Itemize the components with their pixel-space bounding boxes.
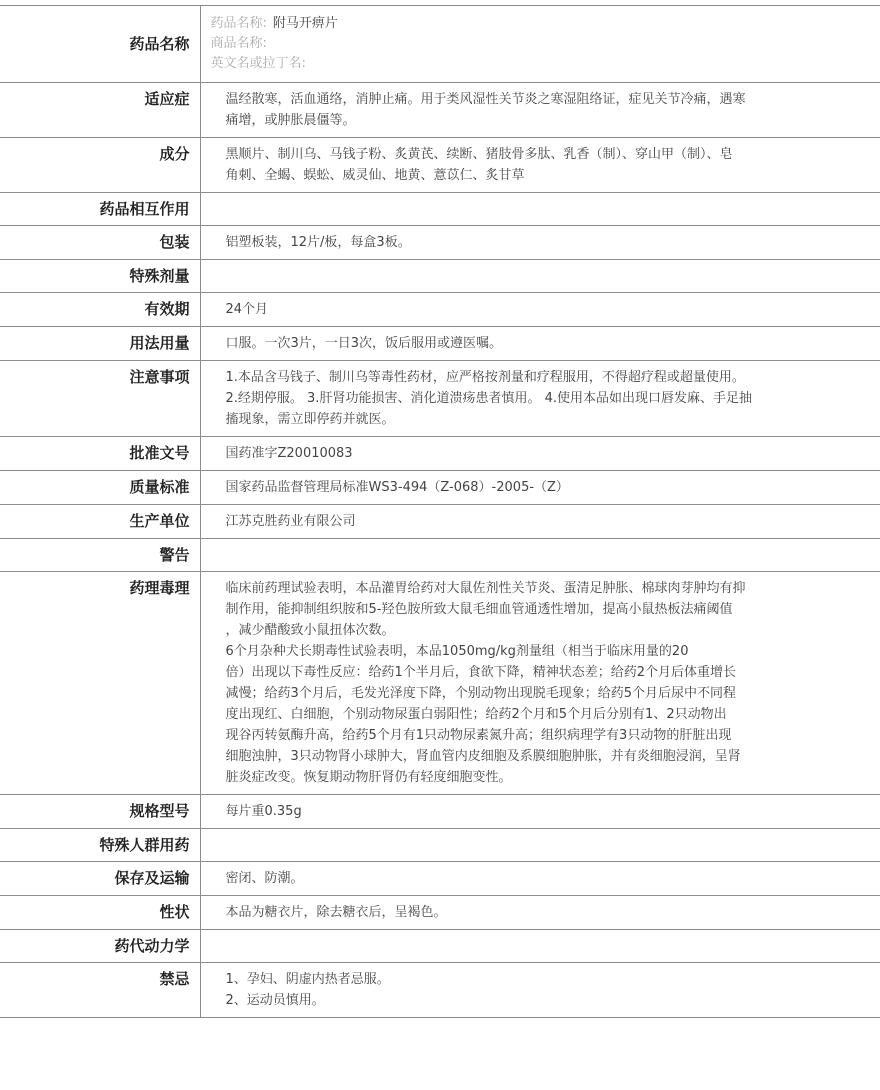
value-line: 搐现象，需立即停药并就医。	[226, 409, 791, 430]
row-special-populations: 特殊人群用药	[0, 829, 880, 862]
row-drug-interactions: 药品相互作用	[0, 193, 880, 226]
row-label-cell: 规格型号	[0, 795, 200, 829]
row-label-cell: 特殊人群用药	[0, 829, 200, 862]
row-value-cell: 1.本品含马钱子、制川乌等毒性药材，应严格按剂量和疗程服用，不得超疗程或超量使用…	[200, 361, 880, 437]
row-dosage-usage: 用法用量口服。一次3片，一日3次，饭后服用或遵医嘱。	[0, 327, 880, 361]
row-label: 警告	[0, 539, 190, 564]
value-line: ，减少醋酸致小鼠扭体次数。	[226, 620, 791, 641]
row-label: 有效期	[0, 293, 190, 318]
row-ingredients: 成分黑顺片、制川乌、马钱子粉、炙黄芪、续断、猪肢骨多肽、乳香（制）、穿山甲（制）…	[0, 138, 880, 193]
row-value-cell: 24个月	[200, 293, 880, 327]
row-value-cell: 本品为糖衣片，除去糖衣后，呈褐色。	[200, 896, 880, 930]
row-value-cell	[200, 930, 880, 963]
row-drug-name: 药品名称药品名称:附马开痹片商品名称:英文名或拉丁名:	[0, 6, 880, 83]
row-label: 禁忌	[0, 963, 190, 988]
row-specification: 规格型号每片重0.35g	[0, 795, 880, 829]
row-storage-transport: 保存及运输密闭、防潮。	[0, 862, 880, 896]
row-value-cell: 国家药品监督管理局标准WS3-494（Z-068）-2005-（Z）	[200, 471, 880, 505]
value-line: 临床前药理试验表明，本品灌胃给药对大鼠佐剂性关节炎、蛋清足肿胀、棉球肉芽肿均有抑	[226, 578, 791, 599]
row-packaging: 包装铝塑板装，12片/板，每盒3板。	[0, 226, 880, 260]
row-label: 药品相互作用	[0, 193, 190, 218]
row-label: 药品名称	[0, 6, 190, 53]
row-value-cell	[200, 260, 880, 293]
spec-table-body: 药品名称药品名称:附马开痹片商品名称:英文名或拉丁名:适应症温经散寒，活血通络，…	[0, 6, 880, 1018]
row-label-cell: 药理毒理	[0, 572, 200, 795]
empty-value	[226, 936, 791, 956]
row-label: 成分	[0, 138, 190, 163]
row-value-cell: 温经散寒，活血通络，消肿止痛。用于类风湿性关节炎之寒湿阻络证，症见关节冷痛，遇寒…	[200, 83, 880, 138]
row-label: 批准文号	[0, 437, 190, 462]
row-manufacturer: 生产单位江苏克胜药业有限公司	[0, 505, 880, 539]
row-value-cell	[200, 193, 880, 226]
row-label-cell: 生产单位	[0, 505, 200, 539]
row-label: 特殊人群用药	[0, 829, 190, 854]
value-line: 每片重0.35g	[226, 801, 791, 822]
row-label-cell: 注意事项	[0, 361, 200, 437]
value-line: 现谷丙转氨酶升高，给药5个月有1只动物尿素氮升高；组织病理学有3只动物的肝脏出现	[226, 725, 791, 746]
value-line: 痛增，或肿胀晨僵等。	[226, 110, 791, 131]
row-label-cell: 警告	[0, 539, 200, 572]
row-pharmacology-toxicology: 药理毒理临床前药理试验表明，本品灌胃给药对大鼠佐剂性关节炎、蛋清足肿胀、棉球肉芽…	[0, 572, 880, 795]
row-approval-number: 批准文号国药准字Z20010083	[0, 437, 880, 471]
row-value-cell: 1、孕妇、阴虚内热者忌服。2、运动员慎用。	[200, 963, 880, 1018]
row-value-cell	[200, 829, 880, 862]
value-line: 倍）出现以下毒性反应：给药1个半月后，食欲下降，精神状态差；给药2个月后体重增长	[226, 662, 791, 683]
value-line: 脏炎症改变。恢复期动物肝肾仍有轻度细胞变性。	[226, 767, 791, 788]
name-field-key: 英文名或拉丁名:	[211, 56, 306, 71]
row-shelf-life: 有效期24个月	[0, 293, 880, 327]
value-line: 铝塑板装，12片/板，每盒3板。	[226, 232, 791, 253]
row-label-cell: 批准文号	[0, 437, 200, 471]
row-label: 注意事项	[0, 361, 190, 386]
name-field-key: 商品名称:	[211, 36, 267, 51]
row-contraindications: 禁忌1、孕妇、阴虚内热者忌服。2、运动员慎用。	[0, 963, 880, 1018]
row-value-cell: 密闭、防潮。	[200, 862, 880, 896]
value-line: 国家药品监督管理局标准WS3-494（Z-068）-2005-（Z）	[226, 477, 791, 498]
row-label-cell: 性状	[0, 896, 200, 930]
row-value-cell: 口服。一次3片，一日3次，饭后服用或遵医嘱。	[200, 327, 880, 361]
row-label-cell: 成分	[0, 138, 200, 193]
row-precautions: 注意事项1.本品含马钱子、制川乌等毒性药材，应严格按剂量和疗程服用，不得超疗程或…	[0, 361, 880, 437]
row-label-cell: 适应症	[0, 83, 200, 138]
row-label: 规格型号	[0, 795, 190, 820]
name-field-value: 附马开痹片	[273, 16, 338, 31]
value-line: 2.经期停服。 3.肝肾功能损害、消化道溃疡患者慎用。 4.使用本品如出现口唇发…	[226, 388, 791, 409]
name-field: 药品名称:附马开痹片	[211, 14, 871, 34]
row-label-cell: 药代动力学	[0, 930, 200, 963]
name-field-key: 药品名称:	[211, 16, 267, 31]
value-line: 1.本品含马钱子、制川乌等毒性药材，应严格按剂量和疗程服用，不得超疗程或超量使用…	[226, 367, 791, 388]
row-label: 特殊剂量	[0, 260, 190, 285]
drug-spec-table: 药品名称药品名称:附马开痹片商品名称:英文名或拉丁名:适应症温经散寒，活血通络，…	[0, 5, 880, 1018]
value-line: 密闭、防潮。	[226, 868, 791, 889]
row-label-cell: 有效期	[0, 293, 200, 327]
value-line: 6个月杂种犬长期毒性试验表明，本品1050mg/kg剂量组（相当于临床用量的20	[226, 641, 791, 662]
value-line: 24个月	[226, 299, 791, 320]
row-label: 性状	[0, 896, 190, 921]
row-special-dosage: 特殊剂量	[0, 260, 880, 293]
row-value-cell: 国药准字Z20010083	[200, 437, 880, 471]
empty-value	[226, 199, 791, 219]
row-value-cell: 铝塑板装，12片/板，每盒3板。	[200, 226, 880, 260]
row-label: 药理毒理	[0, 572, 190, 597]
row-label-cell: 特殊剂量	[0, 260, 200, 293]
row-label: 适应症	[0, 83, 190, 108]
row-value-cell: 临床前药理试验表明，本品灌胃给药对大鼠佐剂性关节炎、蛋清足肿胀、棉球肉芽肿均有抑…	[200, 572, 880, 795]
row-label-cell: 质量标准	[0, 471, 200, 505]
value-line: 1、孕妇、阴虚内热者忌服。	[226, 969, 791, 990]
row-warning: 警告	[0, 539, 880, 572]
name-field: 英文名或拉丁名:	[211, 54, 871, 74]
row-value-cell	[200, 539, 880, 572]
row-value-cell: 江苏克胜药业有限公司	[200, 505, 880, 539]
row-value-cell: 药品名称:附马开痹片商品名称:英文名或拉丁名:	[200, 6, 880, 83]
value-line: 国药准字Z20010083	[226, 443, 791, 464]
row-label: 质量标准	[0, 471, 190, 496]
row-appearance: 性状本品为糖衣片，除去糖衣后，呈褐色。	[0, 896, 880, 930]
name-field: 商品名称:	[211, 34, 871, 54]
row-indications: 适应症温经散寒，活血通络，消肿止痛。用于类风湿性关节炎之寒湿阻络证，症见关节冷痛…	[0, 83, 880, 138]
value-line: 角刺、全蝎、蜈蚣、威灵仙、地黄、薏苡仁、炙甘草	[226, 165, 791, 186]
row-label-cell: 保存及运输	[0, 862, 200, 896]
value-line: 2、运动员慎用。	[226, 990, 791, 1011]
row-label: 保存及运输	[0, 862, 190, 887]
row-label: 生产单位	[0, 505, 190, 530]
value-line: 减慢；给药3个月后，毛发光泽度下降，个别动物出现脱毛现象；给药5个月后尿中不同程	[226, 683, 791, 704]
row-label-cell: 用法用量	[0, 327, 200, 361]
value-line: 黑顺片、制川乌、马钱子粉、炙黄芪、续断、猪肢骨多肽、乳香（制）、穿山甲（制）、皂	[226, 144, 791, 165]
row-label-cell: 药品名称	[0, 6, 200, 83]
row-label-cell: 包装	[0, 226, 200, 260]
value-line: 制作用，能抑制组织胺和5-羟色胺所致大鼠毛细血管通透性增加，提高小鼠热板法痛阈值	[226, 599, 791, 620]
value-line: 口服。一次3片，一日3次，饭后服用或遵医嘱。	[226, 333, 791, 354]
row-value-cell: 每片重0.35g	[200, 795, 880, 829]
row-label-cell: 禁忌	[0, 963, 200, 1018]
row-label: 包装	[0, 226, 190, 251]
row-label: 药代动力学	[0, 930, 190, 955]
row-label-cell: 药品相互作用	[0, 193, 200, 226]
empty-value	[226, 266, 791, 286]
value-line: 细胞浊肿，3只动物肾小球肿大，肾血管内皮细胞及系膜细胞肿胀，并有炎细胞浸润，呈肾	[226, 746, 791, 767]
value-line: 本品为糖衣片，除去糖衣后，呈褐色。	[226, 902, 791, 923]
empty-value	[226, 835, 791, 855]
row-value-cell: 黑顺片、制川乌、马钱子粉、炙黄芪、续断、猪肢骨多肽、乳香（制）、穿山甲（制）、皂…	[200, 138, 880, 193]
empty-value	[226, 545, 791, 565]
value-line: 温经散寒，活血通络，消肿止痛。用于类风湿性关节炎之寒湿阻络证，症见关节冷痛，遇寒	[226, 89, 791, 110]
row-pharmacokinetics: 药代动力学	[0, 930, 880, 963]
row-label: 用法用量	[0, 327, 190, 352]
row-quality-standard: 质量标准国家药品监督管理局标准WS3-494（Z-068）-2005-（Z）	[0, 471, 880, 505]
value-line: 江苏克胜药业有限公司	[226, 511, 791, 532]
value-line: 度出现红、白细胞，个别动物尿蛋白弱阳性；给药2个月和5个月后分别有1、2只动物出	[226, 704, 791, 725]
